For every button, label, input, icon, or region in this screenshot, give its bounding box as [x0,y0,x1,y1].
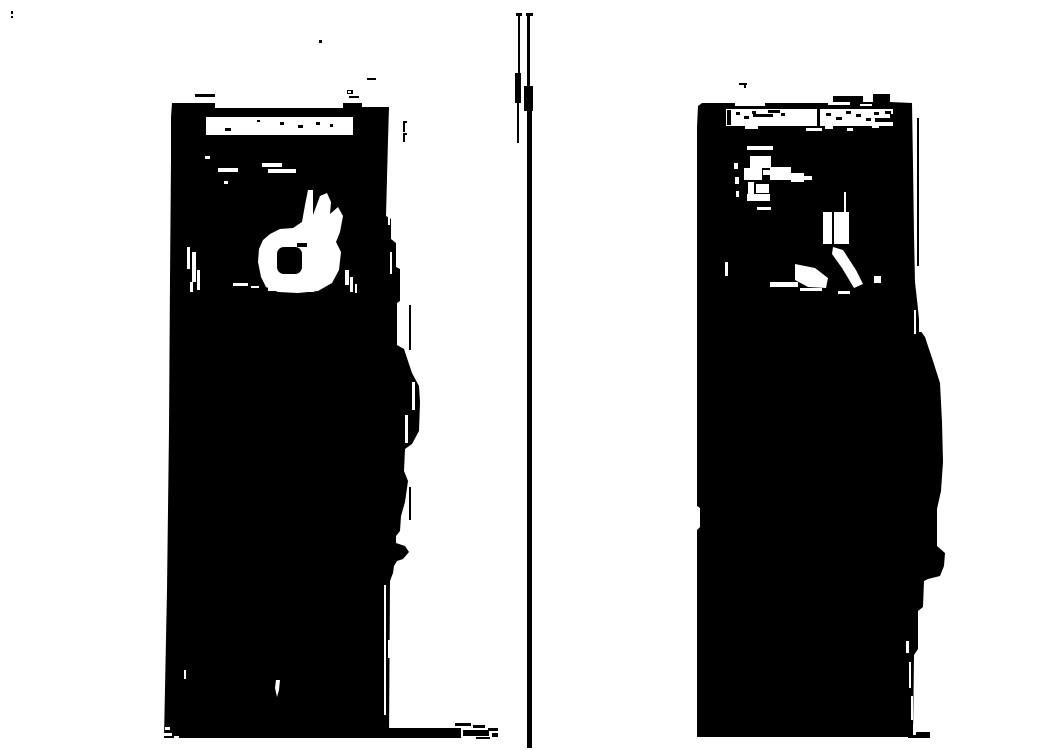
edge-line [409,487,411,520]
reflection-streak [192,252,196,282]
glint-speck [874,276,881,283]
noise-dash [349,96,359,98]
pole-segment [527,15,530,86]
noise-dash [195,94,215,97]
band-speck [736,112,740,115]
band-speck [298,125,303,128]
edge-sliver [390,252,392,274]
reflection-streak [355,284,357,293]
band-nick [860,104,872,106]
band-nick [745,126,758,129]
reflection-blob [747,146,773,150]
shadow-streak [463,730,489,736]
band-speck [744,116,749,119]
pole-segment [515,73,521,103]
band-speck [225,128,231,131]
reflection-speck [735,177,739,184]
reflection-blob [750,156,771,168]
shadow-streak [383,728,461,738]
band-divider [817,109,820,126]
edge-sliver [921,674,924,678]
glint-dash [251,286,259,288]
bracket-mark [403,135,405,142]
noise-dash [739,83,747,85]
reflection-streak [190,282,193,292]
band-speck [890,114,894,122]
band-nick [872,126,879,128]
pole-segment [517,103,519,143]
band-nick [735,103,765,106]
reflection-blob [770,167,791,180]
reflection-streak [197,270,200,290]
cup-shadow [297,243,307,247]
sign-band [726,109,893,126]
right-machine-silhouette [697,94,945,737]
bracket-mark [403,123,405,132]
glint-dash [268,169,296,173]
band-nick [828,102,850,105]
reflection-streak [345,270,349,285]
reflection-blob [744,168,762,180]
noise-speck [319,40,322,43]
glint-dash [233,283,248,286]
band-speck [826,113,831,116]
corner-speck [165,727,170,730]
shadow-streak [473,725,485,728]
band-speck [856,114,861,117]
edge-line [917,118,919,266]
reflection-blob [804,176,812,180]
edge-line [409,305,411,350]
band-speck [280,122,284,125]
reflection-blob [748,182,754,196]
glint-dash [838,291,850,294]
band-speck [874,112,879,115]
reflection-speck [734,163,738,169]
edge-sliver [911,696,913,720]
cup-silhouette [277,247,302,274]
binarized-photo [0,0,1039,751]
glint-dash [262,163,282,167]
glint-dash [725,262,728,276]
shadow-streak [488,728,498,731]
band-speck [316,122,320,125]
band-speck [257,120,260,122]
band-speck [752,111,756,114]
band-speck [768,110,780,113]
band-speck [781,113,785,116]
band-speck [846,111,851,114]
glint-dash [770,282,798,287]
reflection-speck [736,191,739,197]
edge-sliver [408,452,410,470]
band-nick [825,126,833,129]
edge-sliver [914,310,916,334]
corner-speck [174,736,179,738]
edge-sliver [906,641,909,653]
cup-highlight [823,212,849,244]
edge-sliver [388,210,390,225]
pole-segment [524,86,533,111]
band-speck [885,111,891,114]
noise-speck [11,16,13,18]
pole-segment [527,111,532,748]
reflection-blob [756,184,769,193]
reflection-streak [187,247,190,269]
band-speck [836,117,842,120]
bracket-mark [403,133,407,135]
glint-dash [268,288,288,291]
edge-sliver [405,415,408,443]
edge-sliver [938,512,940,542]
noise-dash [367,78,376,80]
edge-sliver [388,640,390,658]
edge-sliver [913,724,916,735]
band-speck [727,110,731,125]
band-speck [330,124,333,127]
glint-dash [218,168,238,172]
shadow-streak [492,733,498,737]
band-nick [847,128,853,131]
glint-dash [844,192,846,212]
shadow-streak [908,732,930,738]
corner-speck [163,733,172,736]
reflection-blob [791,173,804,182]
shadow-streak [455,723,471,726]
bracket-mark [403,121,407,123]
shadow-streak [476,737,490,739]
noise-square-center [348,91,351,93]
noise-speck [11,11,13,14]
pole-segment [518,15,520,73]
band-nick [806,128,822,131]
edge-sliver [919,312,921,332]
band-speck [753,114,773,117]
right-machine [697,94,945,738]
glint-dash [292,290,314,292]
glint-speck [224,181,228,184]
reflection-streak [350,277,353,292]
corner-speck [161,723,164,726]
left-machine-silhouette [164,103,420,738]
glint-dash [184,670,186,679]
binarized-photo-stage [0,0,1039,751]
edge-sliver [384,585,386,715]
noise-speck [744,85,746,88]
edge-sliver [909,662,911,688]
glint-dash [800,288,822,291]
reflection-blob [757,207,771,210]
reflection-blob [747,194,770,201]
band-speck [866,118,871,121]
glint-dash [205,156,210,159]
cup-divider [832,212,834,244]
edge-sliver [412,382,415,410]
